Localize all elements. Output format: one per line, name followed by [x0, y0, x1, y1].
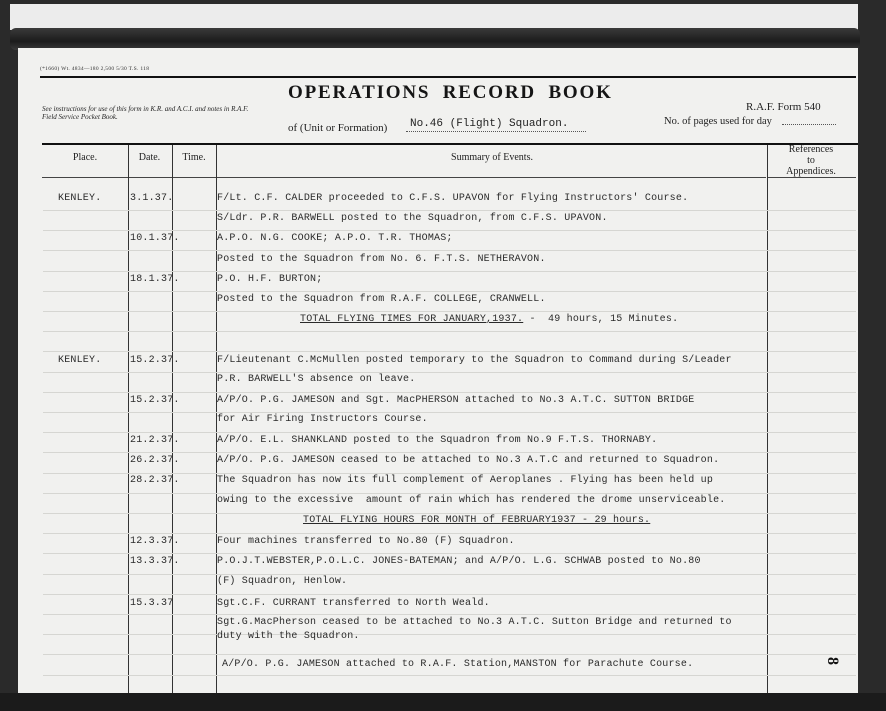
monthly-total-value: - 49 hours, 15 Minutes. [523, 314, 678, 325]
ruled-line [43, 351, 856, 352]
ruled-line [43, 331, 856, 332]
entry-date: 13.3.37. [130, 556, 180, 567]
entry-summary-line: A/P/O. P.G. JAMESON attached to R.A.F. S… [222, 659, 693, 670]
entry-date: 15.3.37 [130, 598, 173, 609]
entry-date: 3.1.37. [130, 193, 173, 204]
entry-summary-line: A/P/O. P.G. JAMESON and Sgt. MacPHERSON … [217, 395, 694, 406]
entry-place: KENLEY. [58, 193, 101, 204]
page-top-edge [10, 4, 858, 30]
form-instructions: See instructions for use of this form in… [42, 105, 262, 121]
column-header-time: Time. [172, 152, 216, 163]
ruled-line [43, 634, 856, 635]
entry-summary-line: A.P.O. N.G. COOKE; A.P.O. T.R. THOMAS; [217, 233, 453, 244]
ruled-line [43, 412, 856, 413]
entry-summary-line: P.O. H.F. BURTON; [217, 274, 322, 285]
monthly-total-label: TOTAL FLYING HOURS FOR MONTH of FEBRUARY… [303, 515, 650, 526]
entry-date: 18.1.37. [130, 274, 180, 285]
entry-summary-line: P.O.J.T.WEBSTER,P.O.L.C. JONES-BATEMAN; … [217, 556, 701, 567]
ruled-line [43, 533, 856, 534]
entry-place: KENLEY. [58, 355, 101, 366]
entry-summary-line: The Squadron has now its full complement… [217, 475, 713, 486]
ruled-line [43, 654, 856, 655]
ruled-line [43, 271, 856, 272]
form-title: OPERATIONS RECORD BOOK [288, 82, 613, 104]
column-header-references: References to Appendices. [768, 144, 854, 177]
header-top-rule [42, 143, 858, 145]
column-header-date: Date. [128, 152, 171, 163]
form-number: R.A.F. Form 540 [746, 101, 821, 113]
pages-used-label: No. of pages used for day [664, 116, 772, 127]
entry-summary-line: A/P/O. P.G. JAMESON ceased to be attache… [217, 455, 719, 466]
ruled-line [43, 614, 856, 615]
column-divider-date-time [172, 145, 173, 693]
top-rule [40, 76, 856, 78]
entry-summary-line: A/P/O. E.L. SHANKLAND posted to the Squa… [217, 435, 657, 446]
entry-date: 10.1.37. [130, 233, 180, 244]
monthly-total: TOTAL FLYING TIMES FOR JANUARY,1937. - 4… [300, 314, 678, 325]
header-bottom-rule [42, 177, 766, 178]
pages-used-field [782, 124, 836, 125]
page-number: 8 [823, 657, 841, 665]
entry-date: 26.2.37. [130, 455, 180, 466]
entry-summary-line: Sgt.G.MacPherson ceased to be attached t… [217, 617, 732, 628]
ruled-line [43, 675, 856, 676]
ruled-line [43, 594, 856, 595]
page-bottom-edge [0, 693, 886, 711]
ruled-line [43, 250, 856, 251]
unit-value: No.46 (Flight) Squadron. [406, 118, 586, 132]
ruled-line [43, 311, 856, 312]
ruled-line [43, 473, 856, 474]
entry-summary-line: F/Lt. C.F. CALDER proceeded to C.F.S. UP… [217, 193, 688, 204]
ruled-line [43, 291, 856, 292]
ruled-line [43, 553, 856, 554]
column-divider-summary-references [767, 145, 768, 693]
column-header-place: Place. [44, 152, 126, 163]
ruled-line [43, 452, 856, 453]
column-header-summary: Summary of Events. [218, 152, 766, 163]
monthly-total: TOTAL FLYING HOURS FOR MONTH of FEBRUARY… [303, 515, 650, 526]
entry-date: 15.2.37. [130, 355, 180, 366]
binding-fold [10, 28, 860, 50]
entry-date: 15.2.37. [130, 395, 180, 406]
monthly-total-label: TOTAL FLYING TIMES FOR JANUARY,1937. [300, 314, 523, 325]
ruled-line [43, 392, 856, 393]
entry-summary-line: S/Ldr. P.R. BARWELL posted to the Squadr… [217, 213, 608, 224]
entry-summary-line: for Air Firing Instructors Course. [217, 414, 428, 425]
entry-summary-line: Posted to the Squadron from R.A.F. COLLE… [217, 294, 546, 305]
ruled-line [43, 230, 856, 231]
ruled-line [43, 432, 856, 433]
entry-summary-line: P.R. BARWELL'S absence on leave. [217, 374, 415, 385]
entry-summary-line: F/Lieutenant C.McMullen posted temporary… [217, 355, 732, 366]
column-divider-place-date [128, 145, 129, 693]
entry-summary-line: Posted to the Squadron from No. 6. F.T.S… [217, 254, 546, 265]
ruled-line [43, 493, 856, 494]
ruled-line [43, 210, 856, 211]
entry-summary-line: (F) Squadron, Henlow. [217, 576, 347, 587]
ruled-line [43, 574, 856, 575]
ruled-line [43, 372, 856, 373]
print-reference: (*1660) Wt. 4834—180 2,500 5/30 T.S. 118 [40, 66, 149, 72]
entry-summary-line: owing to the excessive amount of rain wh… [217, 495, 725, 506]
unit-label: of (Unit or Formation) [288, 122, 387, 134]
entry-date: 28.2.37. [130, 475, 180, 486]
entry-date: 12.3.37. [130, 536, 180, 547]
entry-date: 21.2.37. [130, 435, 180, 446]
ref-header-bottom-rule [768, 177, 856, 178]
entry-summary-line: Sgt.C.F. CURRANT transferred to North We… [217, 598, 490, 609]
entry-summary-line: Four machines transferred to No.80 (F) S… [217, 536, 515, 547]
entry-summary-line: duty with the Squadron. [217, 631, 360, 642]
ruled-line [43, 513, 856, 514]
